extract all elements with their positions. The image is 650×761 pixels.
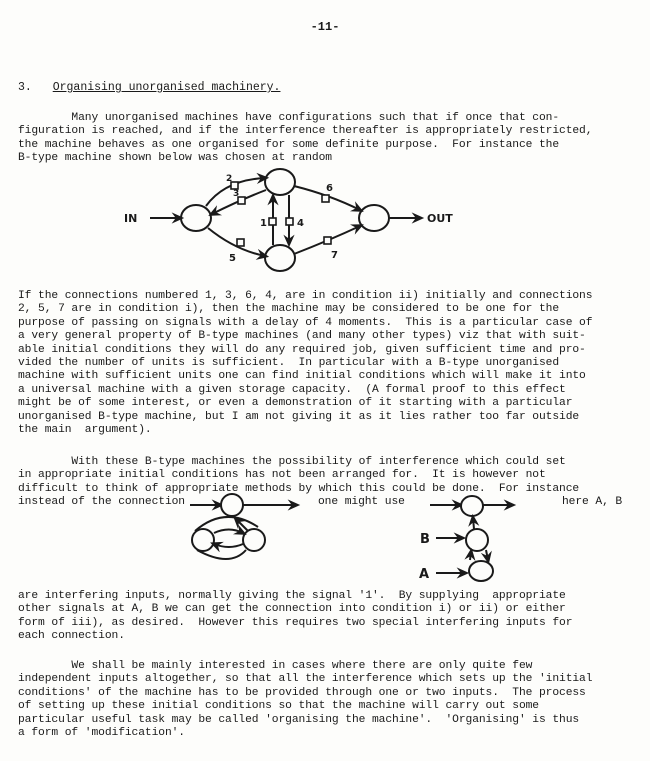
- svg-text:3: 3: [233, 189, 239, 199]
- svg-text:2: 2: [226, 174, 232, 184]
- node-top: [265, 169, 295, 195]
- svg-text:7: 7: [331, 250, 338, 261]
- label-input-a: A: [419, 567, 429, 582]
- connection-diagram-plain: [190, 494, 296, 559]
- node-output: [359, 205, 389, 231]
- node-bottom: [265, 245, 295, 271]
- label-out: OUT: [427, 212, 453, 225]
- svg-text:4: 4: [297, 218, 304, 229]
- svg-text:1: 1: [260, 218, 267, 229]
- svg-text:5: 5: [229, 253, 236, 264]
- label-input-b: B: [420, 532, 430, 547]
- node-input: [181, 205, 211, 231]
- connection-diagram-with-interference: [430, 496, 512, 581]
- svg-text:6: 6: [326, 183, 333, 194]
- label-in: IN: [124, 212, 137, 225]
- document-page: -11- 3. Organising unorganised machinery…: [0, 0, 650, 761]
- btype-machine-diagram: IN OUT 1 2 3 4 5 6 7: [0, 0, 650, 761]
